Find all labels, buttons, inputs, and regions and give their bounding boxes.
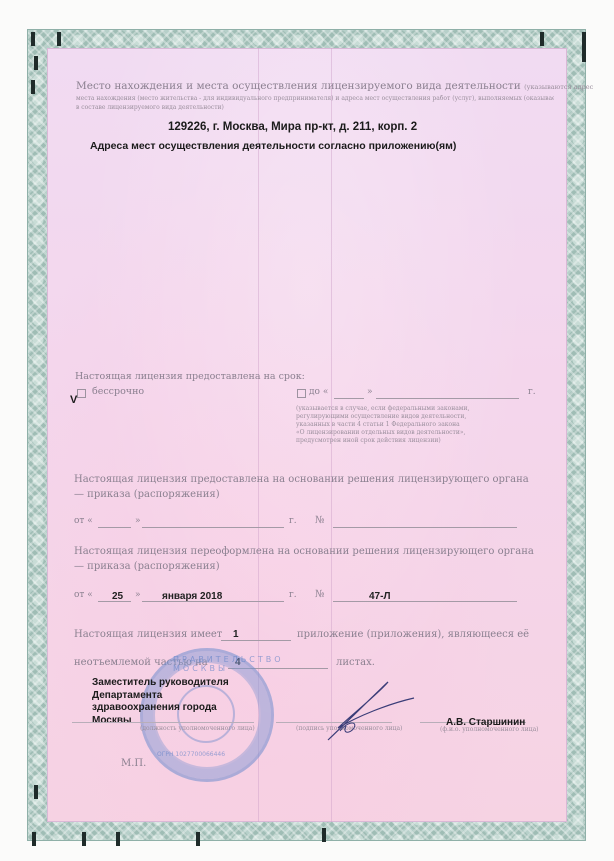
position-line: Заместитель руководителя bbox=[92, 677, 229, 690]
grant-number-label: № bbox=[315, 515, 324, 526]
seal-ring-text: ПРАВИТЕЛЬСТВО МОСКВЫ bbox=[173, 655, 284, 673]
scan-artifact bbox=[116, 832, 120, 846]
position-line-rule bbox=[72, 722, 254, 723]
license-address: 129226, г. Москва, Мира пр-кт, д. 211, к… bbox=[168, 121, 417, 133]
scan-artifact bbox=[57, 32, 61, 46]
scan-artifact bbox=[31, 32, 35, 46]
reissue-from-prefix: от « bbox=[74, 590, 93, 600]
until-note: (указывается в случае, если федеральными… bbox=[296, 405, 469, 445]
location-heading: Место нахождения и места осуществления л… bbox=[76, 80, 593, 92]
position-line: Департамента bbox=[92, 690, 229, 703]
until-day-field[interactable] bbox=[334, 398, 364, 399]
scan-artifact bbox=[34, 785, 38, 799]
until-year-suffix: г. bbox=[528, 387, 536, 397]
reissue-number-label: № bbox=[315, 589, 324, 600]
grant-from-prefix: от « bbox=[74, 516, 93, 526]
position-line: здравоохранения города bbox=[92, 702, 229, 715]
signature-scribble bbox=[318, 676, 418, 746]
reissue-from-mid: » bbox=[135, 590, 141, 600]
scan-artifact bbox=[322, 828, 326, 842]
signatory-position: Заместитель руководителя Департамента зд… bbox=[92, 677, 229, 727]
scan-artifact bbox=[32, 832, 36, 846]
grant-line2: — приказа (распоряжения) bbox=[74, 489, 220, 500]
addresses-note: Адреса мест осуществления деятельности с… bbox=[90, 140, 456, 152]
indefinite-check-mark: V bbox=[70, 394, 77, 406]
until-checkbox[interactable] bbox=[297, 389, 306, 398]
reissue-line2: — приказа (распоряжения) bbox=[74, 561, 220, 572]
grant-year-suffix: г. bbox=[289, 516, 297, 526]
scan-artifact bbox=[540, 32, 544, 46]
name-caption: (ф.и.о. уполномоченного лица) bbox=[440, 726, 539, 734]
position-caption: (должность уполномоченного лица) bbox=[140, 725, 255, 733]
reissue-number: 47-Л bbox=[369, 591, 390, 602]
scan-artifact bbox=[31, 80, 35, 94]
appendix-count-field[interactable] bbox=[221, 640, 291, 641]
seal-label: М.П. bbox=[121, 758, 146, 769]
reissue-number-field[interactable] bbox=[333, 601, 517, 602]
indefinite-checkbox[interactable] bbox=[77, 389, 86, 398]
reissue-month-year: января 2018 bbox=[162, 591, 222, 602]
location-note-inline: (указываются адрес bbox=[524, 83, 593, 91]
until-note-line: указанных в части 4 статьи 1 Федеральног… bbox=[296, 421, 469, 429]
grant-number-field[interactable] bbox=[333, 527, 517, 528]
appendix-count: 1 bbox=[233, 629, 239, 640]
grant-line1: Настоящая лицензия предоставлена на осно… bbox=[74, 474, 529, 485]
term-label: Настоящая лицензия предоставлена на срок… bbox=[75, 371, 305, 382]
scan-artifact bbox=[34, 56, 38, 70]
until-note-line: (указывается в случае, если федеральными… bbox=[296, 405, 469, 413]
until-month-year-field[interactable] bbox=[376, 398, 519, 399]
until-note-line: регулирующими осуществление видов деятел… bbox=[296, 413, 469, 421]
grant-day-field[interactable] bbox=[98, 527, 131, 528]
scan-artifact bbox=[582, 32, 586, 62]
reissue-year-suffix: г. bbox=[289, 590, 297, 600]
seal-ogrn: ОГРН 1027700066446 bbox=[157, 751, 225, 758]
grant-from-mid: » bbox=[135, 516, 141, 526]
grant-month-year-field[interactable] bbox=[142, 527, 284, 528]
reissue-day: 25 bbox=[112, 591, 123, 602]
appendix-text-before: Настоящая лицензия имеет bbox=[74, 629, 222, 640]
reissue-line1: Настоящая лицензия переоформлена на осно… bbox=[74, 546, 534, 557]
until-note-line: предусмотрен иной срок действия лицензии… bbox=[296, 437, 469, 445]
until-note-line: «О лицензировании отдельных видов деятел… bbox=[296, 429, 469, 437]
scan-artifact bbox=[82, 832, 86, 846]
location-note-line3: в составе лицензируемого вида деятельнос… bbox=[76, 104, 224, 112]
scan-artifact bbox=[196, 832, 200, 846]
location-heading-text: Место нахождения и места осуществления л… bbox=[76, 80, 521, 92]
until-prefix: до « bbox=[309, 387, 328, 397]
appendix-line2-after: листах. bbox=[336, 657, 375, 668]
appendix-text-after: приложение (приложения), являющееся её bbox=[297, 629, 529, 640]
location-note-line2: места нахождения (место жительства - для… bbox=[76, 95, 554, 103]
until-mid: » bbox=[367, 387, 373, 397]
indefinite-label: бессрочно bbox=[92, 386, 144, 397]
